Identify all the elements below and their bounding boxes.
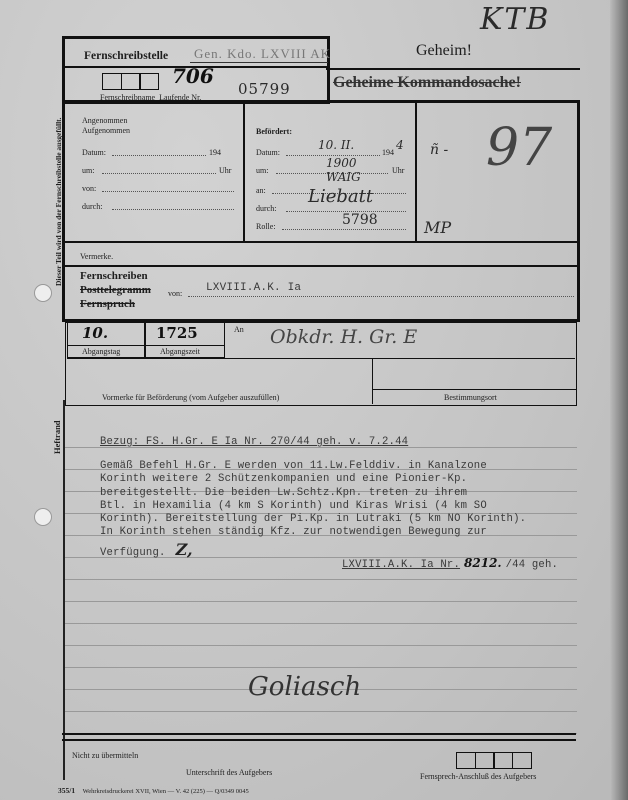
running-number: 05799 [238, 80, 291, 98]
received-um-field [102, 173, 216, 174]
station-value: Gen. Kdo. LXVIII AK [194, 46, 331, 62]
dispatch-day-caption-line [67, 345, 145, 346]
printer-line-text: Wehrkreisdruckerei XVII, Wien — V. 42 (2… [83, 788, 249, 795]
received-title2: Aufgenommen [82, 126, 130, 135]
message-line: Btl. in Hexamilia (4 km S Korinth) und K… [100, 500, 526, 513]
sender-von-label: von: [168, 289, 182, 298]
dispatch-day-value: 10. [82, 324, 108, 342]
received-von-field [102, 191, 234, 192]
message-body: Gemäß Befehl H.Gr. E werden von 11.Lw.Fe… [100, 460, 526, 560]
forwarded-datum-label: Datum: [256, 148, 280, 157]
dispatch-an-value: Obkdr. H. Gr. E [270, 326, 417, 348]
dispatch-dest-line [372, 389, 576, 390]
forwarded-durch-value: Liebatt [308, 186, 373, 207]
not-transmit-label: Nicht zu übermitteln [72, 751, 138, 760]
punch-hole [34, 508, 52, 526]
dispatch-time-caption-line [145, 345, 225, 346]
message-line: Verfügung. [100, 547, 166, 560]
message-line: Gemäß Befehl H.Gr. E werden von 11.Lw.Fe… [100, 460, 526, 473]
corner-mark: KTB [480, 2, 550, 37]
forwarded-um-value: 1900 [326, 156, 357, 170]
forwarded-datum-value: 10. II. [318, 138, 354, 152]
vermerke-row [65, 241, 577, 267]
serial-boxes [102, 73, 158, 95]
side-label-bottom: Heftrand [52, 404, 62, 454]
phone-boxes [456, 752, 530, 774]
station-label: Fernschreibstelle [84, 50, 168, 62]
handwritten-number: 97 [486, 118, 552, 178]
dispatch-day-label: Abgangstag [82, 347, 120, 356]
footer-double-rule [62, 733, 576, 741]
forwarded-um-label: um: [256, 166, 268, 175]
handwritten-mark: ñ - [430, 142, 448, 158]
station-underline [190, 62, 328, 63]
received-durch-field [112, 209, 234, 210]
forwarded-year-suffix: 4 [396, 138, 404, 152]
dispatch-destination-label: Bestimmungsort [444, 393, 497, 402]
forwarded-year: 194 [382, 148, 394, 157]
sender-type-fernspruch: Fernspruch [80, 298, 135, 310]
serial-handwritten: 706 [172, 64, 214, 88]
page-edge [610, 0, 628, 800]
forwarded-an-value: WAIG [326, 170, 361, 184]
received-year: 194 [209, 148, 221, 157]
dispatch-an-label: An [234, 325, 244, 334]
signature-caption: Unterschrift des Aufgebers [186, 768, 272, 777]
message-line: Korinth weitere 2 Schützenkompanien und … [100, 473, 526, 486]
handwritten-initials: MP [424, 218, 451, 237]
message-line: In Korinth stehen ständig Kfz. zur notwe… [100, 526, 526, 539]
forwarded-title: Befördert: [256, 127, 292, 136]
printer-line: 355/1 Wehrkreisdruckerei XVII, Wien — V.… [58, 786, 249, 795]
handwritten-signature: Goliasch [248, 672, 361, 702]
vermerke-label: Vermerke. [80, 252, 113, 261]
received-von-label: von: [82, 184, 96, 193]
forwarded-durch-label: durch: [256, 204, 276, 213]
punch-hole [34, 284, 52, 302]
phone-caption: Fernsprech-Anschluß des Aufgebers [420, 772, 536, 781]
signature-line: LXVIII.A.K. Ia Nr. 8212. /44 geh. [342, 554, 558, 572]
message-reference: Bezug: FS. H.Gr. E Ia Nr. 270/44 geh. v.… [100, 436, 408, 449]
message-line: bereitgestellt. Die beiden Lw.Schtz.Kpn.… [100, 487, 526, 500]
dispatch-time-label: Abgangszeit [160, 347, 200, 356]
dispatch-divider [67, 358, 575, 359]
signature-number: 8212. [464, 556, 502, 570]
classification-top: Geheim! [416, 42, 472, 60]
received-datum-field [112, 155, 206, 156]
initial-mark: Z, [176, 540, 193, 559]
sender-type-posttelegramm: Posttelegramm [80, 284, 151, 296]
received-title1: Angenommen [82, 116, 127, 125]
received-datum-label: Datum: [82, 148, 106, 157]
dispatch-time-value: 1725 [156, 324, 198, 342]
forwarded-rolle-label: Rolle: [256, 222, 276, 231]
sender-type-fernschreiben: Fernschreiben [80, 270, 148, 282]
dispatch-notes-label: Vormerke für Beförderung (vom Aufgeber a… [102, 393, 279, 402]
classification-line [326, 68, 580, 70]
message-line: Korinth). Bereitstellung der Pi.Kp. in L… [100, 513, 526, 526]
printer-line-number: 355/1 [58, 786, 75, 795]
signature-prefix: LXVIII.A.K. Ia Nr. [342, 559, 460, 571]
forwarded-uhr-label: Uhr [392, 166, 404, 175]
forwarded-rolle-value: 5798 [342, 212, 378, 228]
forwarded-rolle-field [282, 229, 406, 230]
forwarded-an-label: an: [256, 186, 266, 195]
classification-main: Geheime Kommandosache! [333, 74, 521, 92]
dispatch-dest-divider [372, 358, 373, 404]
signature-suffix: /44 geh. [506, 559, 558, 571]
received-durch-label: durch: [82, 202, 102, 211]
sender-von-field [188, 296, 574, 297]
received-uhr-label: Uhr [219, 166, 231, 175]
received-um-label: um: [82, 166, 94, 175]
sender-von-value: LXVIII.A.K. Ia [206, 282, 301, 295]
